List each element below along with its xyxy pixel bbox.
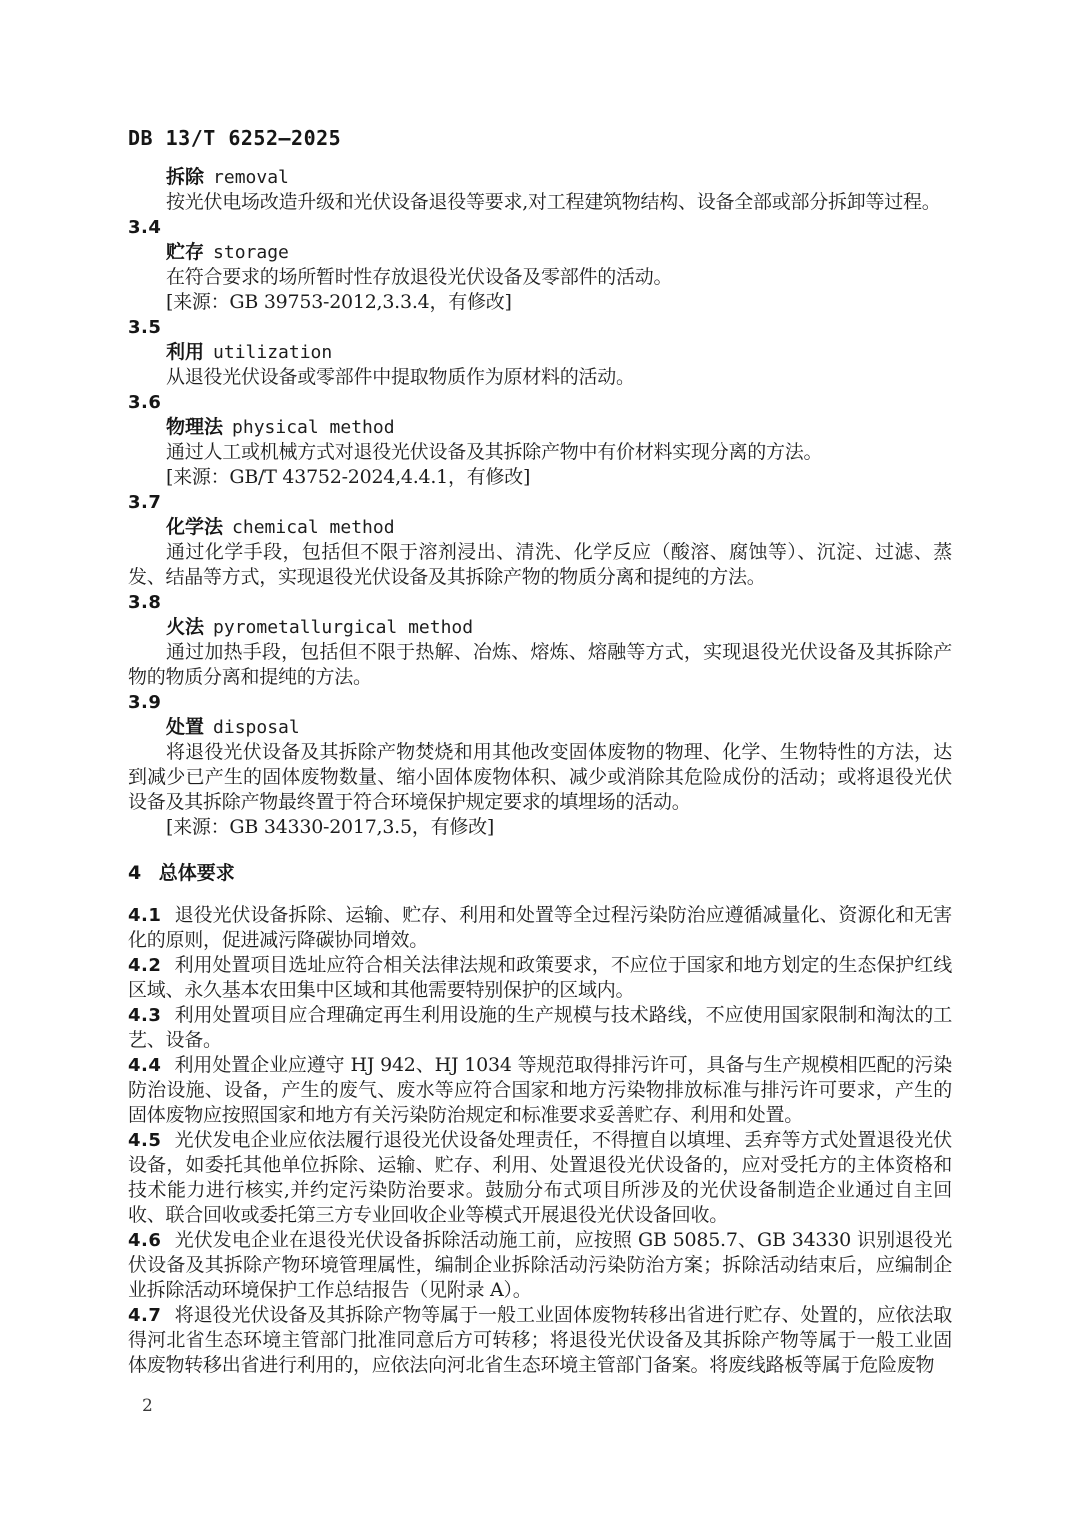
term-entry: 3.9 处置disposal 将退役光伏设备及其拆除产物焚烧和用其他改变固体废物… — [128, 690, 952, 840]
term-number: 3.4 — [128, 215, 952, 240]
clause-number: 4.7 — [128, 1305, 161, 1326]
clause-text: 退役光伏设备拆除、运输、贮存、利用和处置等全过程污染防治应遵循减量化、资源化和无… — [128, 904, 952, 951]
clause: 4.5光伏发电企业应依法履行退役光伏设备处理责任，不得擅自以填埋、丢弃等方式处置… — [128, 1128, 952, 1228]
term-entry: 3.7 化学法chemical method 通过化学手段，包括但不限于溶剂浸出… — [128, 490, 952, 590]
term-title: 拆除removal — [128, 165, 952, 190]
page-content: DB 13/T 6252—2025 拆除removal 按光伏电场改造升级和光伏… — [128, 126, 952, 1378]
term-title: 处置disposal — [128, 715, 952, 740]
term-entry: 拆除removal 按光伏电场改造升级和光伏设备退役等要求,对工程建筑物结构、设… — [128, 165, 952, 215]
clause-text: 利用处置企业应遵守 HJ 942、HJ 1034 等规范取得排污许可，具备与生产… — [128, 1054, 952, 1126]
document-page: DB 13/T 6252—2025 拆除removal 按光伏电场改造升级和光伏… — [0, 0, 1080, 1528]
term-title-zh: 物理法 — [166, 416, 223, 438]
clause-number: 4.4 — [128, 1055, 161, 1076]
clause-number: 4.5 — [128, 1130, 161, 1151]
term-title: 火法pyrometallurgical method — [128, 615, 952, 640]
clause-number: 4.1 — [128, 905, 161, 926]
term-number: 3.8 — [128, 590, 952, 615]
clause: 4.6光伏发电企业在退役光伏设备拆除活动施工前，应按照 GB 5085.7、GB… — [128, 1228, 952, 1303]
clause-number: 4.6 — [128, 1230, 161, 1251]
document-code-header: DB 13/T 6252—2025 — [128, 126, 952, 151]
term-number: 3.7 — [128, 490, 952, 515]
term-entry: 3.8 火法pyrometallurgical method 通过加热手段，包括… — [128, 590, 952, 690]
term-entry: 3.6 物理法physical method 通过人工或机械方式对退役光伏设备及… — [128, 390, 952, 490]
term-definition: 在符合要求的场所暂时性存放退役光伏设备及零部件的活动。 — [128, 265, 952, 290]
term-source: [来源：GB 39753-2012,3.3.4，有修改] — [128, 290, 952, 315]
term-title-zh: 拆除 — [166, 166, 204, 188]
term-title-en: physical method — [232, 417, 395, 438]
term-entry: 3.4 贮存storage 在符合要求的场所暂时性存放退役光伏设备及零部件的活动… — [128, 215, 952, 315]
term-definition: 将退役光伏设备及其拆除产物焚烧和用其他改变固体废物的物理、化学、生物特性的方法，… — [128, 740, 952, 815]
clause-text: 将退役光伏设备及其拆除产物等属于一般工业固体废物转移出省进行贮存、处置的，应依法… — [128, 1304, 952, 1376]
clause-number: 4.3 — [128, 1005, 161, 1026]
term-title: 物理法physical method — [128, 415, 952, 440]
term-number: 3.5 — [128, 315, 952, 340]
term-number: 3.6 — [128, 390, 952, 415]
clause-text: 光伏发电企业在退役光伏设备拆除活动施工前，应按照 GB 5085.7、GB 34… — [128, 1229, 952, 1301]
term-title: 贮存storage — [128, 240, 952, 265]
clause-number: 4.2 — [128, 955, 161, 976]
clause: 4.3利用处置项目应合理确定再生利用设施的生产规模与技术路线，不应使用国家限制和… — [128, 1003, 952, 1053]
term-title-zh: 贮存 — [166, 241, 204, 263]
term-source: [来源：GB 34330-2017,3.5，有修改] — [128, 815, 952, 840]
term-title: 利用utilization — [128, 340, 952, 365]
clause-text: 光伏发电企业应依法履行退役光伏设备处理责任，不得擅自以填埋、丢弃等方式处置退役光… — [128, 1129, 952, 1226]
clause-text: 利用处置项目应合理确定再生利用设施的生产规模与技术路线，不应使用国家限制和淘汰的… — [128, 1004, 952, 1051]
clause: 4.2利用处置项目选址应符合相关法律法规和政策要求，不应位于国家和地方划定的生态… — [128, 953, 952, 1003]
term-title-zh: 利用 — [166, 341, 204, 363]
term-title-zh: 处置 — [166, 716, 204, 738]
term-title-en: pyrometallurgical method — [213, 617, 473, 638]
term-title-en: disposal — [213, 717, 300, 738]
chapter-heading: 4总体要求 — [128, 861, 952, 886]
term-title-en: utilization — [213, 342, 332, 363]
term-definition: 通过人工或机械方式对退役光伏设备及其拆除产物中有价材料实现分离的方法。 — [128, 440, 952, 465]
term-title: 化学法chemical method — [128, 515, 952, 540]
term-title-en: removal — [213, 167, 289, 188]
chapter-title: 总体要求 — [159, 862, 235, 884]
chapter-number: 4 — [128, 862, 142, 884]
term-title-en: storage — [213, 242, 289, 263]
clause-text: 利用处置项目选址应符合相关法律法规和政策要求，不应位于国家和地方划定的生态保护红… — [128, 954, 952, 1001]
page-number: 2 — [142, 1396, 153, 1416]
clause: 4.1退役光伏设备拆除、运输、贮存、利用和处置等全过程污染防治应遵循减量化、资源… — [128, 903, 952, 953]
term-title-zh: 火法 — [166, 616, 204, 638]
term-number: 3.9 — [128, 690, 952, 715]
term-definition: 从退役光伏设备或零部件中提取物质作为原材料的活动。 — [128, 365, 952, 390]
clause: 4.4利用处置企业应遵守 HJ 942、HJ 1034 等规范取得排污许可，具备… — [128, 1053, 952, 1128]
term-definition: 按光伏电场改造升级和光伏设备退役等要求,对工程建筑物结构、设备全部或部分拆卸等过… — [128, 190, 952, 215]
clause: 4.7将退役光伏设备及其拆除产物等属于一般工业固体废物转移出省进行贮存、处置的，… — [128, 1303, 952, 1378]
term-source: [来源：GB/T 43752-2024,4.4.1，有修改] — [128, 465, 952, 490]
term-definition: 通过加热手段，包括但不限于热解、冶炼、熔炼、熔融等方式，实现退役光伏设备及其拆除… — [128, 640, 952, 690]
term-entry: 3.5 利用utilization 从退役光伏设备或零部件中提取物质作为原材料的… — [128, 315, 952, 390]
term-definition: 通过化学手段，包括但不限于溶剂浸出、清洗、化学反应（酸溶、腐蚀等）、沉淀、过滤、… — [128, 540, 952, 590]
term-title-en: chemical method — [232, 517, 395, 538]
term-title-zh: 化学法 — [166, 516, 223, 538]
